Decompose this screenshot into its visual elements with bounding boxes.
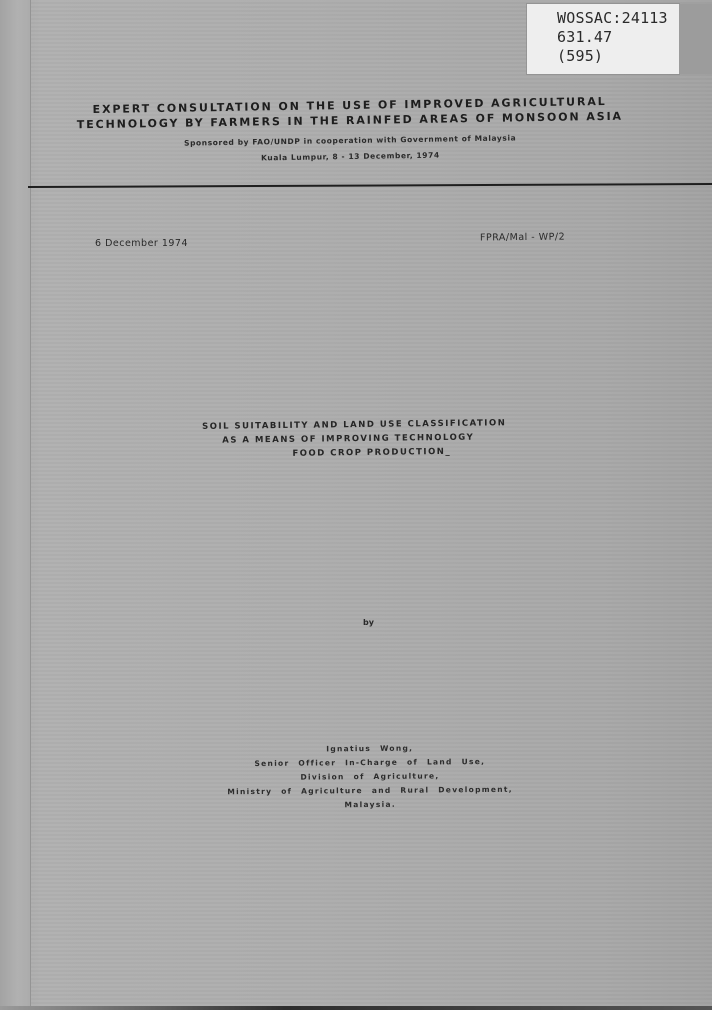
label-shadow — [679, 4, 712, 74]
catalog-label: WOSSAC:24113 631.47 (595) — [527, 4, 679, 74]
author-affiliation: Ignatius Wong, Senior Officer In-Charge … — [195, 740, 546, 813]
page-bottom-edge — [0, 1006, 712, 1010]
binding-edge — [0, 0, 31, 1010]
catalog-label-line: (595) — [557, 47, 679, 66]
paper-title: SOIL SUITABILITY AND LAND USE CLASSIFICA… — [196, 416, 546, 462]
byline: by — [363, 618, 374, 627]
header-divider — [28, 183, 712, 188]
document-reference: FPRA/Mal - WP/2 — [480, 232, 565, 244]
document-page: WOSSAC:24113 631.47 (595) EXPERT CONSULT… — [0, 0, 712, 1010]
catalog-label-line: WOSSAC:24113 — [557, 9, 679, 28]
conference-header: EXPERT CONSULTATION ON THE USE OF IMPROV… — [70, 94, 631, 168]
catalog-label-line: 631.47 — [557, 28, 679, 47]
document-date: 6 December 1974 — [95, 238, 188, 249]
